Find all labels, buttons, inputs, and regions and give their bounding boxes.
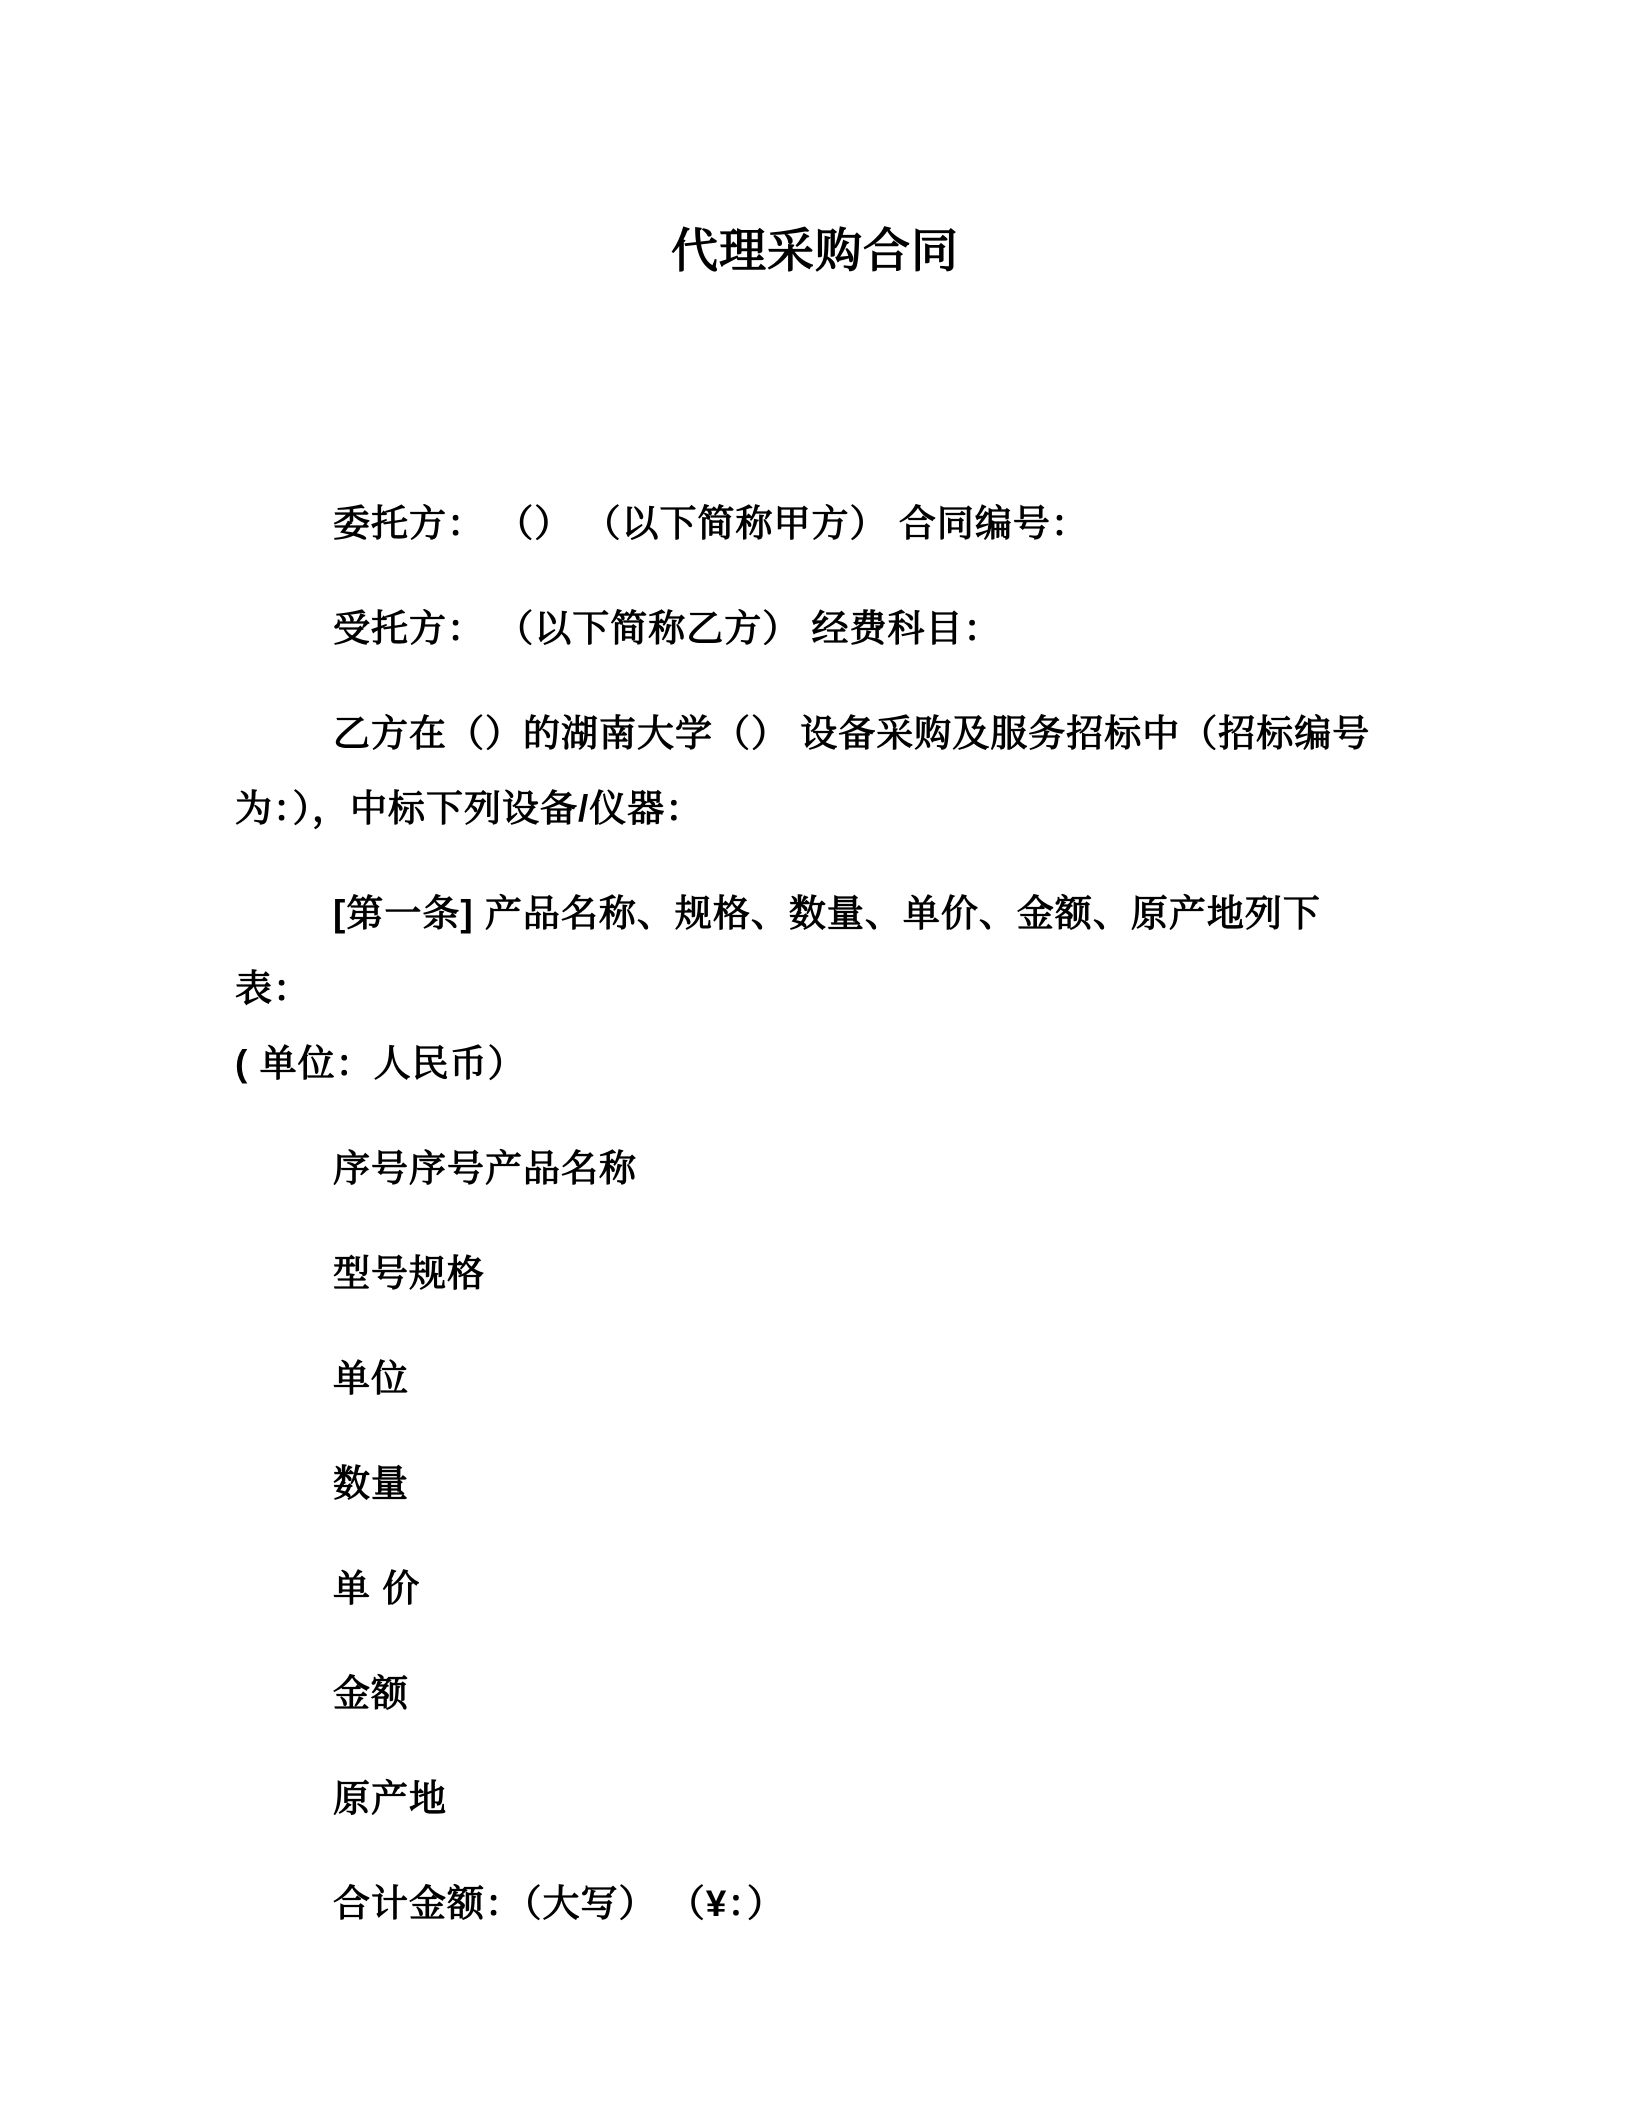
text-line: 委托方： （） （以下简称甲方） 合同编号： <box>235 486 1395 561</box>
paragraph-item-model-spec: 型号规格 <box>235 1236 1395 1311</box>
text-line: ( 单位：人民币） <box>235 1026 1395 1101</box>
text-line: 受托方： （以下简称乙方） 经费科目： <box>235 591 1395 666</box>
text-line: 金额 <box>235 1656 1395 1731</box>
text-line: 序号序号产品名称 <box>235 1131 1395 1206</box>
paragraph-total-amount: 合计金额：（大写） （¥：） <box>235 1866 1395 1941</box>
text-line: 数量 <box>235 1446 1395 1521</box>
paragraph-item-unit-price: 单 价 <box>235 1551 1395 1626</box>
text-line: 为：），中标下列设备/仪器： <box>235 771 1395 846</box>
paragraph-bid-intro: 乙方在（）的湖南大学（） 设备采购及服务招标中（招标编号 为：），中标下列设备/… <box>235 696 1395 846</box>
paragraph-item-amount: 金额 <box>235 1656 1395 1731</box>
paragraph-item-serial-product-name: 序号序号产品名称 <box>235 1131 1395 1206</box>
paragraph-entrusted-party: 受托方： （以下简称乙方） 经费科目： <box>235 591 1395 666</box>
text-line: 乙方在（）的湖南大学（） 设备采购及服务招标中（招标编号 <box>235 696 1395 771</box>
text-line: 单位 <box>235 1341 1395 1416</box>
text-line: 合计金额：（大写） （¥：） <box>235 1866 1395 1941</box>
paragraph-entrusting-party: 委托方： （） （以下简称甲方） 合同编号： <box>235 486 1395 561</box>
paragraph-item-quantity: 数量 <box>235 1446 1395 1521</box>
document-title: 代理采购合同 <box>235 213 1395 288</box>
document-page: 代理采购合同 委托方： （） （以下简称甲方） 合同编号： 受托方： （以下简称… <box>0 0 1632 2112</box>
text-line: [第一条] 产品名称、规格、数量、单价、金额、原产地列下表： <box>235 876 1395 1026</box>
paragraph-item-unit: 单位 <box>235 1341 1395 1416</box>
text-line: 单 价 <box>235 1551 1395 1626</box>
text-line: 型号规格 <box>235 1236 1395 1311</box>
paragraph-item-origin: 原产地 <box>235 1761 1395 1836</box>
paragraph-article-1: [第一条] 产品名称、规格、数量、单价、金额、原产地列下表： ( 单位：人民币） <box>235 876 1395 1101</box>
text-line: 原产地 <box>235 1761 1395 1836</box>
